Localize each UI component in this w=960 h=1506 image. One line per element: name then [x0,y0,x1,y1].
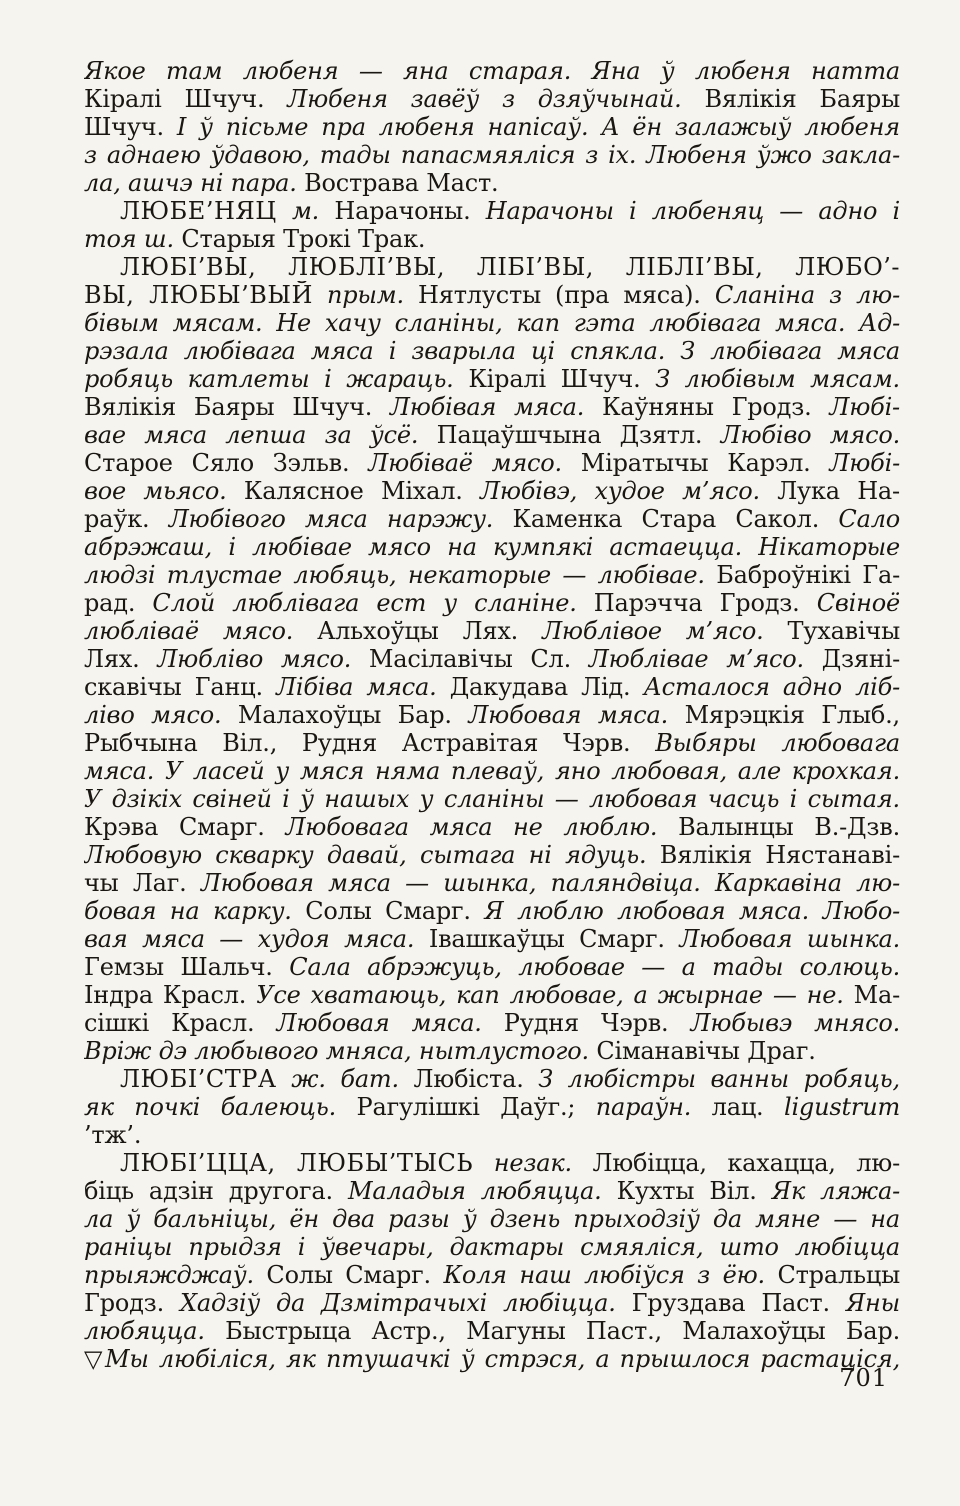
example-text: абрэжаш, і любівае мясо на кумпякі астае… [84,533,900,561]
text-line: ’тж’. [84,1121,900,1149]
example-text: Як ляжа- [772,1177,900,1205]
text-line: любліваё мясо. Альхоўцы Лях. Люблівое м’… [84,617,900,645]
example-text: м. [292,197,319,225]
body-text: Дзяні- [822,645,900,673]
text-line: Якое там любеня — яна старая. Яна ў любе… [84,57,900,85]
example-text: З любівым мясам. [655,365,900,393]
example-text: з аднаею ўдавою, тады папасмяяліся з іх.… [84,141,900,169]
example-text: параўн. [596,1093,691,1121]
body-text: Каменка Стара Сакол. [513,505,820,533]
body-text: ’тж’. [84,1121,141,1149]
example-text: Слой люблівага ест у сланіне. [152,589,576,617]
body-text: Стральцы [777,1261,900,1289]
example-text: ліво мясо. [84,701,221,729]
example-text: людзі тлустае любяць, некаторые — любіва… [84,561,705,589]
body-text: чы Лаг. [84,869,187,897]
example-text: раніцы прыдзя і ўвечары, дактары смяяліс… [84,1233,900,1261]
text-line: Індра Красл. Усе хватаюць, кап любовае, … [84,981,900,1009]
body-text: Рагулішкі Даўг.; [357,1093,576,1121]
headword: ЛЮБІ’СТРА [120,1065,277,1093]
example-text: вое мьясо. [84,477,227,505]
example-text: І ў пісьме пра любеня напісаў. А ён зала… [177,113,900,141]
text-line: ВЫ, ЛЮБЫ’ВЫЙ прым. Нятлусты (пра мяса). … [84,281,900,309]
text-line: тоя ш. Старыя Трокі Трак. [84,225,900,253]
body-text: Крэва Смарг. [84,813,265,841]
body-text: Альхоўцы Лях. [317,617,518,645]
body-text: Індра Красл. [84,981,246,1009]
body-text: Гродз. [84,1289,164,1317]
body-text: Дакудава Лід. [450,673,631,701]
example-text: З любістры ванны робяць, [538,1065,900,1093]
example-text: Любі- [829,449,900,477]
body-text: Вялікія Баяры Шчуч. [84,393,372,421]
example-text: ла, ашчэ ні пара. [84,169,297,197]
text-line: Вріж дэ любывого мняса, нытлустого. Сіма… [84,1037,900,1065]
body-text: біць адзін другога. [84,1177,333,1205]
body-text: Рудня Чэрв. [504,1009,669,1037]
text-line: абрэжаш, і любівае мясо на кумпякі астае… [84,533,900,561]
body-text: Лука На- [777,477,900,505]
text-line: Крэва Смарг. Любовага мяса не люблю. Вал… [84,813,900,841]
text-line: Шчуч. І ў пісьме пра любеня напісаў. А ё… [84,113,900,141]
example-text: Любовая мяса. [277,1009,482,1037]
example-text: Люблівое м’ясо. [542,617,763,645]
text-line: сішкі Красл. Любовая мяса. Рудня Чэрв. Л… [84,1009,900,1037]
body-text: Солы Смарг. [266,1261,431,1289]
example-text: Любі- [829,393,900,421]
example-text: бовая на карку. [84,897,292,925]
body-text: Лях. [84,645,140,673]
example-text: Любеня завёў з дзяўчынай. [287,85,681,113]
example-text: як почкі балеюць. [84,1093,336,1121]
latin-term: ligustrum [784,1093,900,1121]
body-text: Любіста. [414,1065,524,1093]
example-text: прым. [327,281,404,309]
example-text: Усе хватаюць, кап любовае, а жырнае — не… [256,981,843,1009]
body-text: Нятлусты (пра мяса). [418,281,701,309]
example-text: Сало [838,505,900,533]
text-line: Гродз. Хадзіў да Дзмітрачыхі любіцца. Гр… [84,1289,900,1317]
headword: ЛЮБІ’ВЫ, ЛЮБЛІ’ВЫ, ЛІБІ’ВЫ, ЛІБЛІ’ВЫ, ЛЮ… [120,253,900,281]
example-text: любяцца. [84,1317,205,1345]
example-text: Яны [846,1289,900,1317]
text-line: Старое Сяло Зэльв. Любіваё мясо. Міратыч… [84,449,900,477]
example-text: незак. [494,1149,572,1177]
example-text: Асталося адно ліб- [644,673,900,701]
body-text: Міратычы Карэл. [581,449,811,477]
body-text: Калясное Міхал. [244,477,463,505]
body-text: Гемзы Шальч. [84,953,273,981]
body-text: Груздава Паст. [632,1289,830,1317]
page-number: 701 [839,1364,888,1392]
text-line: бівым мясам. Не хачу сланіны, кап гэта л… [84,309,900,337]
body-text: Вялікія Нястанаві- [660,841,900,869]
text-line: ЛЮБІ’ЦЦА, ЛЮБЫ’ТЫСЬ незак. Любіцца, каха… [84,1149,900,1177]
example-text: Люблівае м’ясо. [589,645,804,673]
body-text: Кіралі Шчуч. [468,365,640,393]
body-text: Кіралі Шчуч. [84,85,264,113]
example-text: ж. бат. [291,1065,399,1093]
example-text: Я люблю любовая мяса. Любо- [484,897,900,925]
text-line: У дзікіх свіней і ў нашых у сланіны — лю… [84,785,900,813]
body-text: Малахоўцы Бар. [238,701,452,729]
text-line: людзі тлустае любяць, некаторые — любіва… [84,561,900,589]
text-line: Кіралі Шчуч. Любеня завёў з дзяўчынай. В… [84,85,900,113]
body-text: Вялікія Баяры [704,85,900,113]
body-text: Ма- [854,981,900,1009]
body-text: Вострава Маст. [304,169,498,197]
example-text: бівым мясам. Не хачу сланіны, кап гэта л… [84,309,900,337]
body-text: Івашкаўцы Смарг. [429,925,665,953]
text-block: Якое там любеня — яна старая. Яна ў любе… [84,57,900,1373]
headword: ЛЮБІ’ЦЦА, ЛЮБЫ’ТЫСЬ [120,1149,473,1177]
dictionary-page: Якое там любеня — яна старая. Яна ў любе… [0,0,960,1506]
body-text: Рыбчына Віл., Рудня Астравітая Чэрв. [84,729,630,757]
example-text: Любывэ мнясо. [691,1009,900,1037]
body-text: Парэчча Гродз. [594,589,800,617]
text-line: вое мьясо. Калясное Міхал. Любівэ, худое… [84,477,900,505]
example-text: вая мяса — худоя мяса. [84,925,414,953]
text-line: ЛЮБІ’СТРА ж. бат. Любіста. З любістры ва… [84,1065,900,1093]
example-text: Любіво мясо. [721,421,900,449]
body-text: Старое Сяло Зэльв. [84,449,349,477]
example-text: Любовага мяса не люблю. [285,813,657,841]
example-text: Вріж дэ любывого мняса, нытлустого. [84,1037,589,1065]
text-line: ла, ашчэ ні пара. Вострава Маст. [84,169,900,197]
example-text: Любівэ, худое м’ясо. [480,477,760,505]
text-line: раўк. Любівого мяса нарэжу. Каменка Стар… [84,505,900,533]
example-text: Любовая мяса. [468,701,668,729]
body-text: раўк. [84,505,149,533]
example-text: робяць катлеты і жараць. [84,365,454,393]
body-text: Любіцца, кахацца, лю- [593,1149,900,1177]
text-line: з аднаею ўдавою, тады папасмяяліся з іх.… [84,141,900,169]
body-text: скавічы Ганц. [84,673,263,701]
example-text: Любовая мяса — шынка, паляндвіца. Каркав… [201,869,900,897]
example-text: Любліво мясо. [157,645,351,673]
example-text: Маладыя любяцца. [348,1177,602,1205]
body-text: Тухавічы [788,617,901,645]
text-line: як почкі балеюць. Рагулішкі Даўг.; параў… [84,1093,900,1121]
text-line: вая мяса — худоя мяса. Івашкаўцы Смарг. … [84,925,900,953]
example-text: Нарачоны і любеняц — адно і [486,197,900,225]
text-line: робяць катлеты і жараць. Кіралі Шчуч. З … [84,365,900,393]
body-text: Старыя Трокі Трак. [181,225,425,253]
text-line: Лях. Любліво мясо. Масілавічы Сл. Люблів… [84,645,900,673]
text-line: мяса. У ласей у мяся няма плеваў, яно лю… [84,757,900,785]
body-text: Пацаўшчына Дзятл. [437,421,703,449]
headword: ВЫ, ЛЮБЫ’ВЫЙ [84,281,313,309]
example-text: Лібіва мяса. [276,673,436,701]
text-line: Гемзы Шальч. Сала абрэжуць, любовае — а … [84,953,900,981]
body-text: Нарачоны. [334,197,470,225]
example-text: тоя ш. [84,225,174,253]
text-line: прыяжджаў. Солы Смарг. Коля наш любіўся … [84,1261,900,1289]
body-text: Солы Смарг. [305,897,471,925]
example-text: Любовую скварку давай, сытага ні ядуць. [84,841,646,869]
text-line: бовая на карку. Солы Смарг. Я люблю любо… [84,897,900,925]
example-text: Свіноё [817,589,900,617]
example-text: ла ў бальніцы, ён два разы ў дзень прыхо… [84,1205,900,1233]
body-text: Масілавічы Сл. [369,645,571,673]
example-text: Сланіна з лю- [715,281,900,309]
example-text: Коля наш любіўся з ёю. [443,1261,764,1289]
example-text: У дзікіх свіней і ў нашых у сланіны — лю… [84,785,900,813]
body-text: лац. [712,1093,764,1121]
example-text: ▽Мы любіліся, як птушачкі ў стрэся, а пр… [84,1345,900,1373]
text-line: ЛЮБІ’ВЫ, ЛЮБЛІ’ВЫ, ЛІБІ’ВЫ, ЛІБЛІ’ВЫ, ЛЮ… [84,253,900,281]
example-text: Любівого мяса нарэжу. [169,505,494,533]
body-text: Шчуч. [84,113,164,141]
text-line: любяцца. Быстрыца Астр., Магуны Паст., М… [84,1317,900,1345]
text-line: ліво мясо. Малахоўцы Бар. Любовая мяса. … [84,701,900,729]
body-text: Каўняны Гродз. [602,393,812,421]
text-line: чы Лаг. Любовая мяса — шынка, паляндвіца… [84,869,900,897]
text-line: ▽Мы любіліся, як птушачкі ў стрэся, а пр… [84,1345,900,1373]
body-text: сішкі Красл. [84,1009,255,1037]
example-text: Любівая мяса. [390,393,584,421]
example-text: любліваё мясо. [84,617,293,645]
example-text: прыяжджаў. [84,1261,254,1289]
body-text: Валынцы В.-Дзв. [678,813,900,841]
text-line: біць адзін другога. Маладыя любяцца. Кух… [84,1177,900,1205]
body-text: Сіманавічы Драг. [596,1037,815,1065]
body-text: Мярэцкія Глыб., [685,701,900,729]
example-text: Хадзіў да Дзмітрачыхі любіцца. [180,1289,616,1317]
text-line: Вялікія Баяры Шчуч. Любівая мяса. Каўнян… [84,393,900,421]
text-line: скавічы Ганц. Лібіва мяса. Дакудава Лід.… [84,673,900,701]
example-text: Сала абрэжуць, любовае — а тады солюць. [289,953,900,981]
body-text: рад. [84,589,135,617]
headword: ЛЮБЕ’НЯЦ [120,197,277,225]
example-text: Любіваё мясо. [368,449,562,477]
text-line: рэзала любівага мяса і зварыла ці спякла… [84,337,900,365]
text-line: ла ў бальніцы, ён два разы ў дзень прыхо… [84,1205,900,1233]
example-text: рэзала любівага мяса і зварыла ці спякла… [84,337,900,365]
example-text: Любовая шынка. [679,925,900,953]
text-line: Рыбчына Віл., Рудня Астравітая Чэрв. Выб… [84,729,900,757]
text-line: вае мяса лепша за ўсё. Пацаўшчына Дзятл.… [84,421,900,449]
text-line: Любовую скварку давай, сытага ні ядуць. … [84,841,900,869]
example-text: Якое там любеня — яна старая. Яна ў любе… [84,57,900,85]
example-text: Выбяры любовага [655,729,900,757]
body-text: Кухты Віл. [617,1177,757,1205]
example-text: вае мяса лепша за ўсё. [84,421,418,449]
body-text: Быстрыца Астр., Магуны Паст., Малахоўцы … [225,1317,900,1345]
text-line: ЛЮБЕ’НЯЦ м. Нарачоны. Нарачоны і любеняц… [84,197,900,225]
text-line: раніцы прыдзя і ўвечары, дактары смяяліс… [84,1233,900,1261]
text-line: рад. Слой люблівага ест у сланіне. Парэч… [84,589,900,617]
example-text: мяса. У ласей у мяся няма плеваў, яно лю… [84,757,900,785]
body-text: Баброўнікі Га- [716,561,900,589]
